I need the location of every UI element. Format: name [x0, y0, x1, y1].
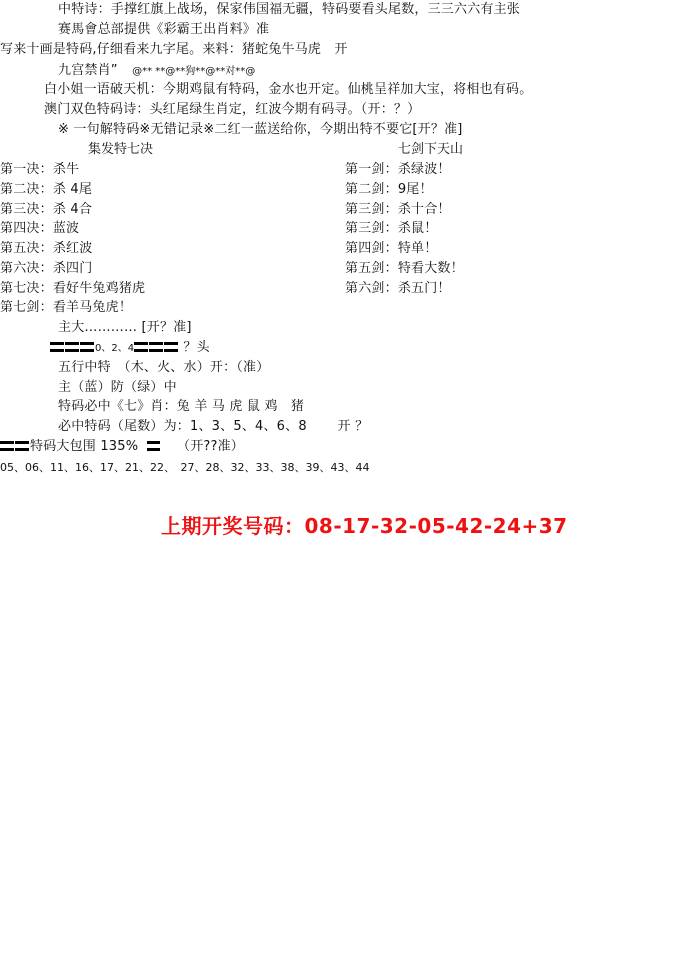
left-item: 第七剑：看羊马兔虎！ — [0, 299, 132, 317]
black-bar-icon — [164, 342, 178, 352]
nine-palace-code: @** **@**狗**@**对**@ — [132, 66, 255, 77]
black-bar-icon — [0, 441, 14, 451]
left-item: 第四决：蓝波 — [0, 220, 79, 238]
item-value: 9尾！ — [398, 182, 433, 197]
item-label: 第三剑： — [345, 202, 398, 217]
item-value: 杀 4合 — [53, 202, 92, 217]
riddle-line: 写来十画是特码,仔细看来九字尾。来料：猪蛇兔牛马虎 开 — [0, 41, 348, 59]
main-big-line: 主大………… [开？准] — [58, 319, 192, 337]
last-draw-numbers: 上期开奖号码：08-17-32-05-42-24+37 — [161, 510, 568, 539]
big-range-suffix: （开??准） — [177, 439, 244, 454]
item-value: 杀 4尾 — [53, 182, 92, 197]
item-value: 特单！ — [398, 241, 438, 256]
item-label: 第一决： — [0, 162, 53, 177]
right-column-title: 七剑下天山 — [398, 141, 463, 159]
one-sentence-line: ※ 一句解特码※无错记录※二红一蓝送给你，今期出特不要它[开？准] — [58, 121, 463, 139]
right-item: 第二剑：9尾！ — [345, 181, 433, 199]
item-label: 第二剑： — [345, 182, 398, 197]
nine-palace-label: 九宫禁肖” — [58, 63, 118, 78]
right-item: 第四剑：特单！ — [345, 240, 437, 258]
black-bar-icon — [134, 342, 148, 352]
item-label: 第五剑： — [345, 261, 398, 276]
item-label: 第七决： — [0, 281, 53, 296]
item-label: 第四剑： — [345, 241, 398, 256]
left-item: 第七决：看好牛兔鸡猪虎 — [0, 280, 145, 298]
macau-poem-line: 澳门双色特码诗：头红尾绿生肖定，红波今期有码寻。（开：？） — [44, 101, 420, 119]
source-line: 赛馬會总部提供《彩霸王出肖料》准 — [58, 21, 269, 39]
right-item: 第六剑：杀五门！ — [345, 280, 451, 298]
right-item: 第一剑：杀绿波！ — [345, 161, 451, 179]
big-range-label: 特码大包围 135% — [30, 439, 138, 454]
item-value: 杀四门 — [53, 261, 93, 276]
item-label: 第五决： — [0, 241, 53, 256]
item-label: 第四决： — [0, 221, 53, 236]
left-item: 第二决：杀 4尾 — [0, 181, 92, 199]
head-numbers-line: 0、2、4 ？头 — [50, 339, 210, 357]
black-bar-icon — [147, 441, 160, 451]
left-column-title: 集发特七决 — [88, 141, 153, 159]
black-bar-icon — [80, 342, 94, 352]
item-value: 看好牛兔鸡猪虎 — [53, 281, 145, 296]
seven-zodiac-line: 特码必中《七》肖：兔 羊 马 虎 鼠 鸡 猪 — [58, 398, 304, 416]
black-bar-icon — [149, 342, 163, 352]
left-item: 第五决：杀红波 — [0, 240, 92, 258]
big-range-line: 特码大包围 135% （开??准） — [0, 438, 244, 456]
main-color-line: 主（蓝）防（绿）中 — [58, 379, 177, 397]
right-item: 第三剑：杀十合！ — [345, 201, 451, 219]
head-suffix: ？头 — [179, 340, 210, 355]
item-value: 杀十合！ — [398, 202, 451, 217]
item-label: 第二决： — [0, 182, 53, 197]
tail-numbers-line: 必中特码（尾数）为：1、3、5、4、6、8 开 ？ — [58, 418, 368, 436]
item-value: 杀鼠！ — [398, 221, 438, 236]
item-value: 特看大数！ — [398, 261, 464, 276]
item-label: 第三剑： — [345, 221, 398, 236]
item-value: 杀红波 — [53, 241, 93, 256]
five-elements-line: 五行中特 （木、火、水）开：（准） — [58, 359, 269, 377]
black-bar-icon — [15, 441, 29, 451]
item-label: 第一剑： — [345, 162, 398, 177]
left-item: 第一决：杀牛 — [0, 161, 79, 179]
miss-bai-line: 白小姐一语破天机：今期鸡鼠有特码，金水也开定。仙桃呈祥加大宝，将相也有码。 — [44, 81, 532, 99]
item-label: 第三决： — [0, 202, 53, 217]
item-label: 第六决： — [0, 261, 53, 276]
left-item: 第六决：杀四门 — [0, 260, 92, 278]
item-value: 杀牛 — [53, 162, 79, 177]
item-value: 看羊马兔虎！ — [53, 300, 132, 315]
right-item: 第三剑：杀鼠！ — [345, 220, 437, 238]
left-item: 第三决：杀 4合 — [0, 201, 92, 219]
big-range-numbers: 05、06、11、16、17、21、22、 27、28、32、33、38、39、… — [0, 459, 369, 477]
special-poem-line: 中特诗：手撑红旗上战场，保家伟国福无疆，特码要看头尾数，三三六六有主张 — [58, 1, 520, 19]
right-item: 第五剑：特看大数！ — [345, 260, 464, 278]
black-bar-icon — [50, 342, 64, 352]
item-value: 蓝波 — [53, 221, 79, 236]
item-label: 第七剑： — [0, 300, 53, 315]
item-label: 第六剑： — [345, 281, 398, 296]
item-value: 杀绿波！ — [398, 162, 451, 177]
black-bar-icon — [65, 342, 79, 352]
item-value: 杀五门！ — [398, 281, 451, 296]
head-numbers: 0、2、4 — [95, 343, 134, 354]
nine-palace-line: 九宫禁肖” @** **@**狗**@**对**@ — [58, 62, 255, 80]
